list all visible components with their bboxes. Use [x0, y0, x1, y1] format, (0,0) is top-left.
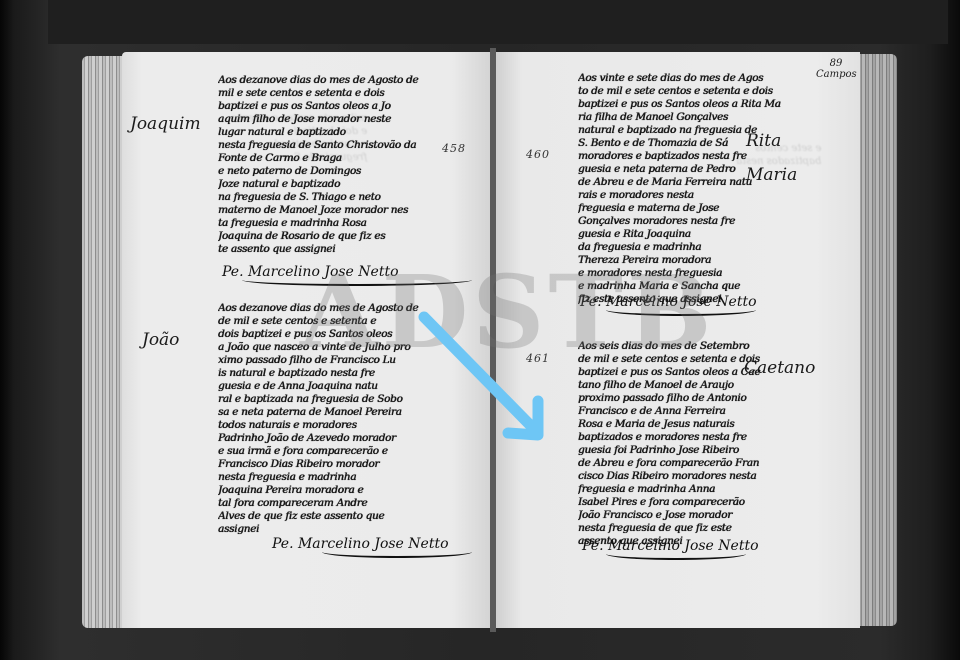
entry-line: lugar natural e baptizado [218, 126, 433, 139]
entry-line: e neto paterno de Domingos [218, 165, 433, 178]
entry-line: João Francisco e Jose morador [578, 509, 783, 522]
page-edges-left [82, 56, 124, 628]
entry-line: aquim filho de Jose morador neste [218, 113, 433, 126]
entry-line: Rosa e Maria de Jesus naturais [578, 418, 783, 431]
entry-line: materno de Manoel Joze morador nes [218, 204, 433, 217]
entry-line: guesia foi Padrinho Jose Ribeiro [578, 444, 783, 457]
entry-line: de Abreu e de Maria Ferreira natu [578, 176, 783, 189]
entry-line: Isabel Pires e fora comparecerão [578, 496, 783, 509]
entry-line: tano filho de Manoel de Araujo [578, 379, 783, 392]
entry-line: guesia e neta paterna de Pedro [578, 163, 783, 176]
entry-line: baptizei e pus os Santos oleos a Rita Ma [578, 98, 783, 111]
scanner-frame [48, 0, 948, 44]
entry-line: Aos dezanove dias do mes de Agosto de [218, 74, 433, 87]
baptism-entry-461: Aos seis dias do mes de Setembro de mil … [578, 340, 783, 548]
entry-line: ta freguesia e madrinha Rosa [218, 217, 433, 230]
folio-number-value: 89 [816, 58, 856, 69]
entry-line: baptizei e pus os Santos oleos a Jo [218, 100, 433, 113]
entry-line: Joaquina Pereira moradora e [218, 484, 433, 497]
entry-line: freguesia e materna de Jose [578, 202, 783, 215]
entry-line: de Abreu e fora comparecerão Fran [578, 457, 783, 470]
entry-line: Gonçalves moradores nesta fre [578, 215, 783, 228]
folio-note: Campos [816, 69, 856, 80]
entry-line: moradores e baptizados nesta fre [578, 150, 783, 163]
page-edges-right [859, 54, 897, 626]
entry-line: guesia e Rita Joaquina [578, 228, 783, 241]
entry-line: guesia e de Anna Joaquina natu [218, 380, 433, 393]
entry-line: S. Bento e de Thomazia de Sá [578, 137, 783, 150]
entry-line: na freguesia de S. Thiago e neto [218, 191, 433, 204]
entry-line: Aos vinte e sete dias do mes de Agos [578, 72, 783, 85]
entry-line: mil e sete centos e setenta e dois [218, 87, 433, 100]
entry-line: nesta freguesia e madrinha [218, 471, 433, 484]
entry-line: Fonte de Carmo e Braga [218, 152, 433, 165]
register-number: 460 [526, 148, 550, 161]
entry-line: e sua irmã e fora comparecerão e [218, 445, 433, 458]
entry-line: Joaquina de Rosario de que fiz es [218, 230, 433, 243]
entry-line: proximo passado filho de Antonio [578, 392, 783, 405]
entry-line: todos naturais e moradores [218, 419, 433, 432]
entry-line: Alves de que fiz este assento que [218, 510, 433, 523]
margin-name-joaquim: Joaquim [130, 114, 201, 134]
entry-line: Francisco Dias Ribeiro morador [218, 458, 433, 471]
baptism-entry-458: Aos dezanove dias do mes de Agosto de mi… [218, 74, 433, 256]
signature-flourish [606, 548, 746, 560]
entry-line: sa e neta paterna de Manoel Pereira [218, 406, 433, 419]
entry-line: nesta freguesia de Santo Christovão da [218, 139, 433, 152]
entry-line: Francisco e de Anna Ferreira [578, 405, 783, 418]
entry-line: nesta freguesia de que fiz este [578, 522, 783, 535]
entry-line: Padrinho João de Azevedo morador [218, 432, 433, 445]
entry-line: rais e moradores nesta [578, 189, 783, 202]
entry-line: assignei [218, 523, 433, 536]
signature-flourish [322, 546, 472, 558]
entry-line: baptizados e moradores nesta fre [578, 431, 783, 444]
entry-line: freguesia e madrinha Anna [578, 483, 783, 496]
entry-line: tal fora compareceram Andre [218, 497, 433, 510]
register-number: 458 [442, 142, 466, 155]
entry-line: natural e baptizado na freguesia de [578, 124, 783, 137]
annotation-arrow-icon [410, 305, 560, 445]
entry-line: ria filha de Manoel Gonçalves [578, 111, 783, 124]
folio-number: 89 Campos [816, 58, 856, 80]
entry-line: cisco Dias Ribeiro moradores nesta [578, 470, 783, 483]
margin-name-joao: João [142, 330, 179, 350]
entry-line: Joze natural e baptizado [218, 178, 433, 191]
entry-line: ral e baptizada na freguesia de Sobo [218, 393, 433, 406]
entry-line: to de mil e sete centos e setenta e dois [578, 85, 783, 98]
